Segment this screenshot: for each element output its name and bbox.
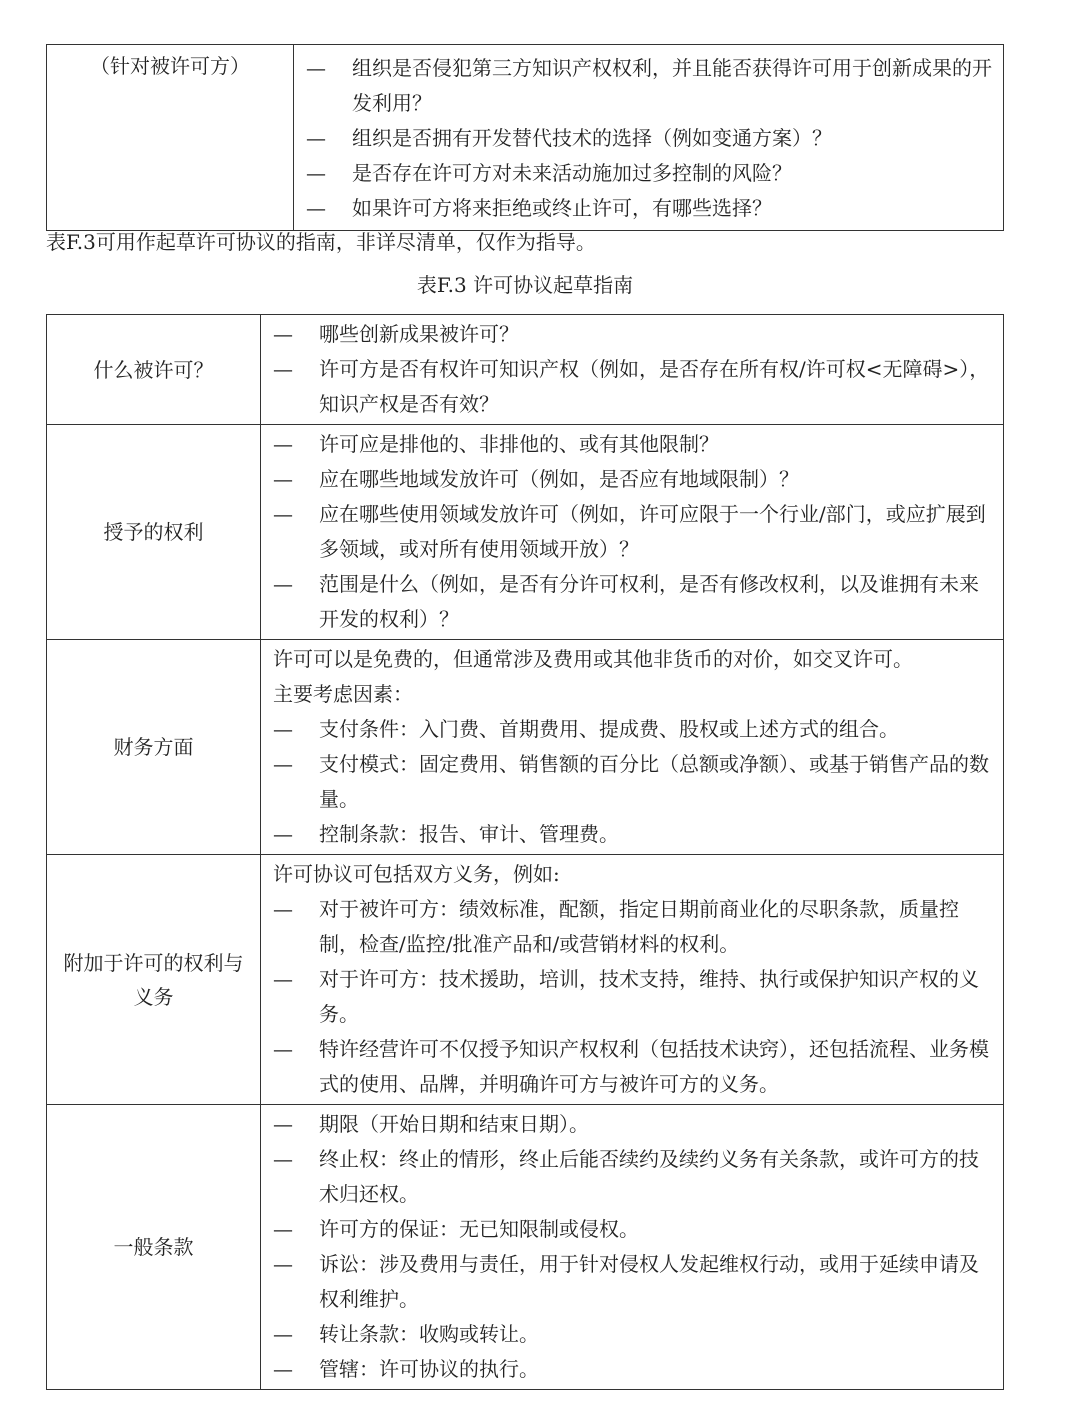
bullet-text: 范围是什么（例如，是否有分许可权利，是否有修改权利，以及谁拥有未来开发的权利）？ [319,567,993,637]
bullet-item: — 诉讼：涉及费用与责任，用于针对侵权人发起维权行动，或用于延续申请及权利维护。 [273,1247,993,1317]
dash-bullet: — [273,1107,319,1142]
row-label: 授予的权利 [47,425,261,640]
bullet-item: — 对于被许可方：绩效标准，配额，指定日期前商业化的尽职条款，质量控制，检查/监… [273,892,993,962]
bullet-text: 转让条款：收购或转让。 [319,1317,993,1352]
dash-bullet: — [273,1317,319,1352]
row-label: 一般条款 [47,1105,261,1390]
dash-bullet: — [273,712,319,747]
bullet-text: 是否存在许可方对未来活动施加过多控制的风险？ [352,156,993,191]
bullet-item: — 是否存在许可方对未来活动施加过多控制的风险？ [306,156,993,191]
bullet-item: — 管辖：许可协议的执行。 [273,1352,993,1387]
row-label: 什么被许可？ [47,315,261,425]
table-row: 一般条款 — 期限（开始日期和结束日期）。 — 终止权：终止的情形，终止后能否续… [47,1105,1004,1390]
dash-bullet: — [273,1212,319,1247]
licensee-considerations-table: （针对被许可方） — 组织是否侵犯第三方知识产权权利，并且能否获得许可用于创新成… [46,44,1004,231]
bullet-item: — 期限（开始日期和结束日期）。 [273,1107,993,1142]
bullet-item: — 如果许可方将来拒绝或终止许可，有哪些选择？ [306,191,993,226]
bullet-text: 许可应是排他的、非排他的、或有其他限制？ [319,427,993,462]
license-drafting-guide-table: 什么被许可？ — 哪些创新成果被许可？ — 许可方是否有权许可知识产权（例如，是… [46,314,1004,1390]
bullet-text: 终止权：终止的情形，终止后能否续约及续约义务有关条款，或许可方的技术归还权。 [319,1142,993,1212]
table-caption: 表F.3 许可协议起草指南 [0,268,1050,302]
bullet-text: 诉讼：涉及费用与责任，用于针对侵权人发起维权行动，或用于延续申请及权利维护。 [319,1247,993,1317]
intro-text: 许可协议可包括双方义务，例如: [273,857,993,892]
bullet-item: — 特许经营许可不仅授予知识产权权利（包括技术诀窍），还包括流程、业务模式的使用… [273,1032,993,1102]
bullet-text: 哪些创新成果被许可？ [319,317,993,352]
bullet-item: — 组织是否侵犯第三方知识产权权利，并且能否获得许可用于创新成果的开发利用？ [306,51,993,121]
dash-bullet: — [273,352,319,387]
bullet-text: 支付模式：固定费用、销售额的百分比（总额或净额）、或基于销售产品的数量。 [319,747,993,817]
table-row: （针对被许可方） — 组织是否侵犯第三方知识产权权利，并且能否获得许可用于创新成… [47,45,1004,231]
bullet-text: 组织是否侵犯第三方知识产权权利，并且能否获得许可用于创新成果的开发利用？ [352,51,993,121]
bullet-item: — 支付模式：固定费用、销售额的百分比（总额或净额）、或基于销售产品的数量。 [273,747,993,817]
row-label: 财务方面 [47,640,261,855]
table-row: 附加于许可的权利与义务 许可协议可包括双方义务，例如: — 对于被许可方：绩效标… [47,855,1004,1105]
bullet-item: — 哪些创新成果被许可？ [273,317,993,352]
dash-bullet: — [306,191,352,226]
row-content: — 组织是否侵犯第三方知识产权权利，并且能否获得许可用于创新成果的开发利用？ —… [294,45,1004,231]
dash-bullet: — [273,567,319,602]
row-content: — 许可应是排他的、非排他的、或有其他限制？ — 应在哪些地域发放许可（例如，是… [261,425,1004,640]
table-row: 什么被许可？ — 哪些创新成果被许可？ — 许可方是否有权许可知识产权（例如，是… [47,315,1004,425]
dash-bullet: — [273,317,319,352]
bullet-text: 期限（开始日期和结束日期）。 [319,1107,993,1142]
table-row: 财务方面 许可可以是免费的，但通常涉及费用或其他非货币的对价，如交叉许可。 主要… [47,640,1004,855]
dash-bullet: — [273,747,319,782]
dash-bullet: — [273,1352,319,1387]
bullet-text: 特许经营许可不仅授予知识产权权利（包括技术诀窍），还包括流程、业务模式的使用、品… [319,1032,993,1102]
bullet-item: — 对于许可方：技术援助，培训，技术支持，维持、执行或保护知识产权的义务。 [273,962,993,1032]
table-row: 授予的权利 — 许可应是排他的、非排他的、或有其他限制？ — 应在哪些地域发放许… [47,425,1004,640]
row-content: — 期限（开始日期和结束日期）。 — 终止权：终止的情形，终止后能否续约及续约义… [261,1105,1004,1390]
bullet-item: — 转让条款：收购或转让。 [273,1317,993,1352]
intro-text: 许可可以是免费的，但通常涉及费用或其他非货币的对价，如交叉许可。 [273,642,993,677]
row-label: （针对被许可方） [47,45,294,231]
bullet-text: 控制条款：报告、审计、管理费。 [319,817,993,852]
bullet-text: 支付条件：入门费、首期费用、提成费、股权或上述方式的组合。 [319,712,993,747]
dash-bullet: — [273,427,319,462]
bullet-text: 对于许可方：技术援助，培训，技术支持，维持、执行或保护知识产权的义务。 [319,962,993,1032]
dash-bullet: — [273,497,319,532]
bullet-item: — 范围是什么（例如，是否有分许可权利，是否有修改权利，以及谁拥有未来开发的权利… [273,567,993,637]
bullet-item: — 许可方是否有权许可知识产权（例如，是否存在所有权/许可权<无障碍>），知识产… [273,352,993,422]
bullet-item: — 许可方的保证：无已知限制或侵权。 [273,1212,993,1247]
bullet-text: 许可方的保证：无已知限制或侵权。 [319,1212,993,1247]
bullet-text: 许可方是否有权许可知识产权（例如，是否存在所有权/许可权<无障碍>），知识产权是… [319,352,993,422]
dash-bullet: — [273,1032,319,1067]
bullet-text: 管辖：许可协议的执行。 [319,1352,993,1387]
bullet-text: 应在哪些地域发放许可（例如，是否应有地域限制）？ [319,462,993,497]
row-content: 许可协议可包括双方义务，例如: — 对于被许可方：绩效标准，配额，指定日期前商业… [261,855,1004,1105]
bullet-item: — 终止权：终止的情形，终止后能否续约及续约义务有关条款，或许可方的技术归还权。 [273,1142,993,1212]
table-note: 表F.3可用作起草许可协议的指南，非详尽清单，仅作为指导。 [46,225,596,259]
bullet-item: — 应在哪些地域发放许可（例如，是否应有地域限制）？ [273,462,993,497]
bullet-text: 如果许可方将来拒绝或终止许可，有哪些选择？ [352,191,993,226]
bullet-item: — 组织是否拥有开发替代技术的选择（例如变通方案）？ [306,121,993,156]
dash-bullet: — [306,156,352,191]
dash-bullet: — [306,121,352,156]
dash-bullet: — [273,892,319,927]
bullet-item: — 控制条款：报告、审计、管理费。 [273,817,993,852]
bullet-text: 应在哪些使用领域发放许可（例如，许可应限于一个行业/部门，或应扩展到多领域，或对… [319,497,993,567]
bullet-item: — 许可应是排他的、非排他的、或有其他限制？ [273,427,993,462]
bullet-text: 对于被许可方：绩效标准，配额，指定日期前商业化的尽职条款，质量控制，检查/监控/… [319,892,993,962]
bullet-text: 组织是否拥有开发替代技术的选择（例如变通方案）？ [352,121,993,156]
dash-bullet: — [273,462,319,497]
bullet-item: — 应在哪些使用领域发放许可（例如，许可应限于一个行业/部门，或应扩展到多领域，… [273,497,993,567]
bullet-item: — 支付条件：入门费、首期费用、提成费、股权或上述方式的组合。 [273,712,993,747]
row-content: — 哪些创新成果被许可？ — 许可方是否有权许可知识产权（例如，是否存在所有权/… [261,315,1004,425]
dash-bullet: — [273,817,319,852]
row-label: 附加于许可的权利与义务 [47,855,261,1105]
dash-bullet: — [273,962,319,997]
row-content: 许可可以是免费的，但通常涉及费用或其他非货币的对价，如交叉许可。 主要考虑因素：… [261,640,1004,855]
dash-bullet: — [273,1142,319,1177]
dash-bullet: — [306,51,352,86]
dash-bullet: — [273,1247,319,1282]
intro-text: 主要考虑因素： [273,677,993,712]
